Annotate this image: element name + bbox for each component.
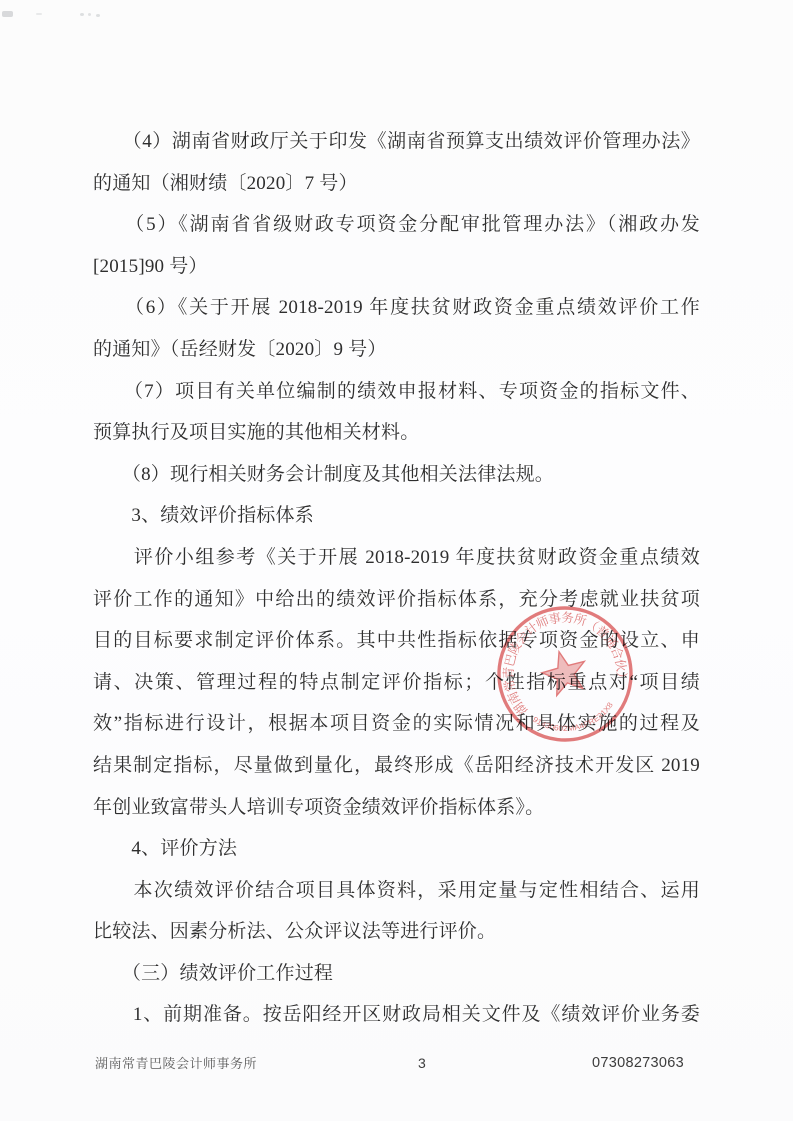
document-body: （4）湖南省财政厅关于印发《湖南省预算支出绩效评价管理办法》的通知（湘财绩〔20… <box>93 121 700 1036</box>
text-line: 目的目标要求制定评价体系。其中共性指标依据专项资金的设立、申 <box>93 620 700 662</box>
text-line: （7）项目有关单位编制的绩效申报材料、专项资金的指标文件、 <box>93 371 700 413</box>
footer-phone: 07308273063 <box>592 1055 684 1071</box>
text-line: （8）现行相关财务会计制度及其他相关法律法规。 <box>93 454 700 496</box>
text-line: 比较法、因素分析法、公众评议法等进行评价。 <box>93 911 700 953</box>
text-line: 1、前期准备。按岳阳经开区财政局相关文件及《绩效评价业务委 <box>93 994 700 1036</box>
scan-artifact <box>2 11 13 17</box>
scan-artifact <box>96 14 100 17</box>
text-line: [2015]90 号） <box>93 246 700 288</box>
text-line: （5）《湖南省省级财政专项资金分配审批管理办法》（湘政办发 <box>93 204 700 246</box>
scan-artifact <box>88 13 91 16</box>
text-line: 4、评价方法 <box>93 828 700 870</box>
text-line: 年创业致富带头人培训专项资金绩效评价指标体系》。 <box>93 787 700 829</box>
scanned-page: （4）湖南省财政厅关于印发《湖南省预算支出绩效评价管理办法》的通知（湘财绩〔20… <box>0 0 793 1121</box>
footer-firm-name: 湖南常青巴陵会计师事务所 <box>95 1053 257 1072</box>
text-line: 的通知（湘财绩〔2020〕7 号） <box>93 163 700 205</box>
text-line: （4）湖南省财政厅关于印发《湖南省预算支出绩效评价管理办法》 <box>93 121 700 163</box>
text-line: 评价工作的通知》中给出的绩效评价指标体系，充分考虑就业扶贫项 <box>93 579 700 621</box>
text-line: 本次绩效评价结合项目具体资料，采用定量与定性相结合、运用 <box>93 870 700 912</box>
page-footer: 湖南常青巴陵会计师事务所 3 07308273063 <box>0 1050 793 1080</box>
text-line: 3、绩效评价指标体系 <box>93 495 700 537</box>
text-line: （6）《关于开展 2018-2019 年度扶贫财政资金重点绩效评价工作 <box>93 287 700 329</box>
text-line: 预算执行及项目实施的其他相关材料。 <box>93 412 700 454</box>
text-line: 请、决策、管理过程的特点制定评价指标；个性指标重点对“项目绩 <box>93 662 700 704</box>
text-line: 结果制定指标，尽量做到量化，最终形成《岳阳经济技术开发区 2019 <box>93 745 700 787</box>
text-line: 评价小组参考《关于开展 2018-2019 年度扶贫财政资金重点绩效 <box>93 537 700 579</box>
scan-artifact <box>36 13 42 15</box>
text-line: 的通知》（岳经财发〔2020〕9 号） <box>93 329 700 371</box>
footer-page-number: 3 <box>418 1055 426 1071</box>
scan-artifact <box>80 13 84 16</box>
text-line: （三）绩效评价工作过程 <box>93 953 700 995</box>
text-line: 效”指标进行设计，根据本项目资金的实际情况和具体实施的过程及 <box>93 703 700 745</box>
